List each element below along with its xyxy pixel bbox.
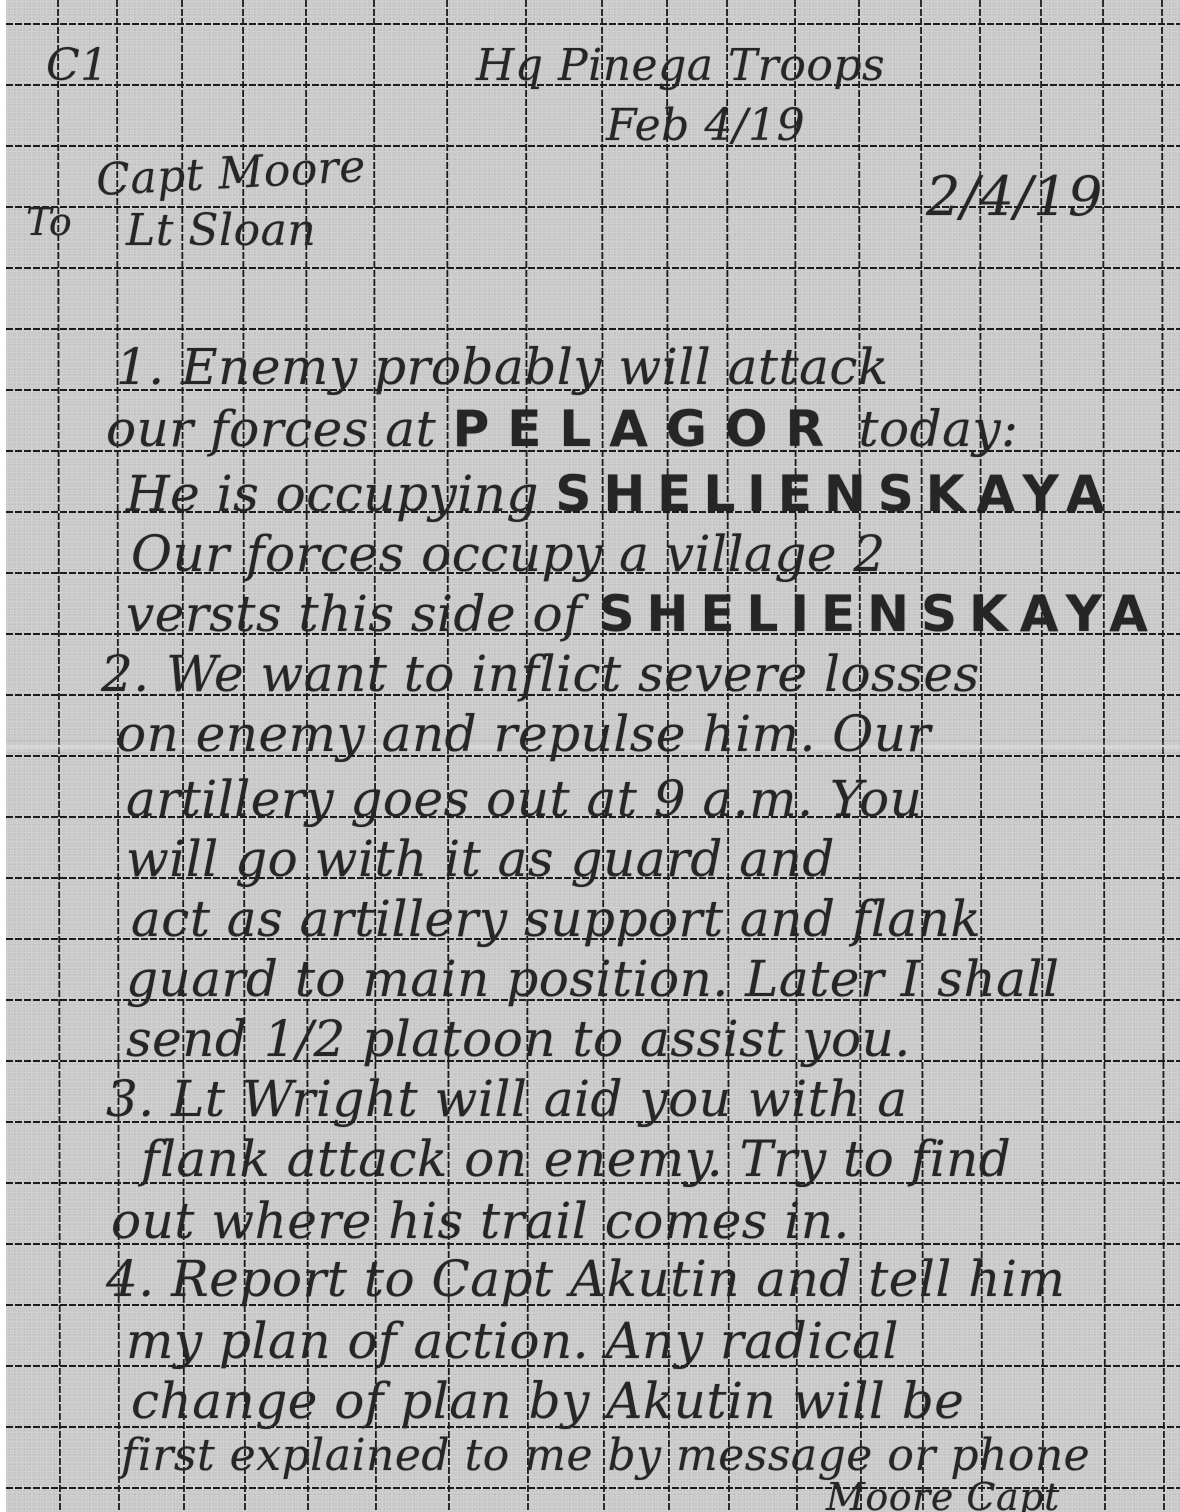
document-code: C1 (46, 40, 109, 91)
origin-date: Feb 4/19 (606, 100, 805, 151)
text-line: versts this side of (126, 585, 582, 643)
text-line: our forces at (106, 400, 436, 458)
text-line-row: guard to main position. Later I shall (126, 950, 1059, 1008)
text-line-row: act as artillery support and flank (131, 890, 981, 948)
graph-paper-page: C1 Hq Pinega Troops Feb 4/19 Capt Moore … (6, 0, 1180, 1512)
place-name: SHELIENSKAYA (555, 465, 1116, 523)
text-line-row: my plan of action. Any radical (126, 1312, 899, 1370)
text-line-row: will go with it as guard and (126, 830, 835, 888)
text-line-row: out where his trail comes in. (111, 1192, 850, 1250)
paragraph-2: 2. We want to inflict severe losses (101, 645, 980, 703)
text-line: Report to Capt Akutin and tell him (171, 1250, 1065, 1308)
text-line-row: our forces at PELAGOR today: (106, 400, 1019, 458)
origin-heading: Hq Pinega Troops (476, 40, 885, 91)
text-line-row: change of plan by Akutin will be (131, 1372, 964, 1430)
to-prefix: To (26, 200, 72, 244)
paragraph-number: 2. (101, 645, 150, 703)
text-line-row: versts this side of SHELIENSKAYA (126, 585, 1160, 643)
text-line: Enemy probably will attack (181, 338, 889, 396)
text-line-row: flank attack on enemy. Try to find (141, 1130, 1011, 1188)
place-name: SHELIENSKAYA (599, 585, 1160, 643)
place-name: PELAGOR (453, 400, 842, 458)
text-line: today: (858, 400, 1018, 458)
text-line: He is occupying (126, 465, 539, 523)
text-line-row: send 1/2 platoon to assist you. (126, 1010, 911, 1068)
paragraph-4: 4. Report to Capt Akutin and tell him (106, 1250, 1065, 1308)
signature: Moore Capt (826, 1475, 1060, 1512)
paragraph-number: 4. (106, 1250, 155, 1308)
order-date: 2/4/19 (926, 165, 1103, 228)
paragraph-number: 1. (116, 338, 165, 396)
text-line: We want to inflict severe losses (166, 645, 980, 703)
text-line-row: on enemy and repulse him. Our (116, 705, 931, 763)
text-line-row: Our forces occupy a village 2 (131, 525, 886, 583)
paragraph-1: 1. Enemy probably will attack (116, 338, 889, 396)
text-line-row: artillery goes out at 9 a.m. You (126, 770, 922, 828)
text-line-row: He is occupying SHELIENSKAYA (126, 465, 1117, 523)
paragraph-number: 3. (106, 1070, 155, 1128)
text-line: Lt Wright will aid you with a (171, 1070, 908, 1128)
recipient: Lt Sloan (126, 205, 316, 256)
paragraph-3: 3. Lt Wright will aid you with a (106, 1070, 908, 1128)
text-line-row: first explained to me by message or phon… (121, 1430, 1090, 1481)
